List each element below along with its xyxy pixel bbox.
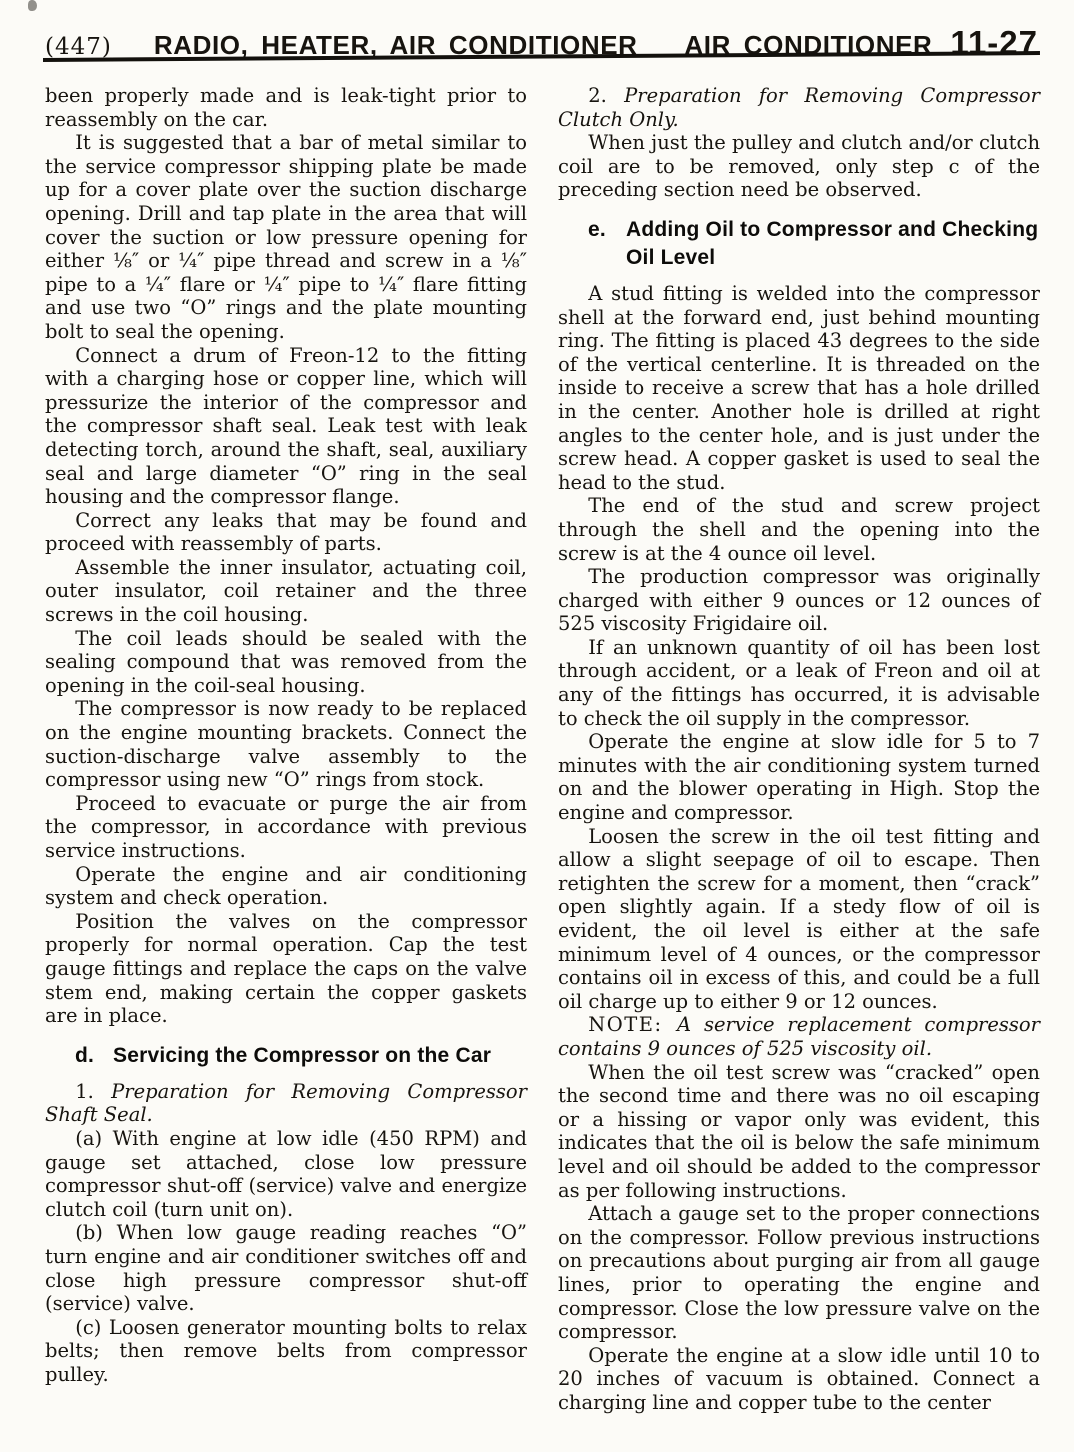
paragraph: The compressor is now ready to be replac…	[45, 697, 527, 791]
paragraph: It is suggested that a bar of metal simi…	[45, 131, 527, 343]
paragraph: The end of the stud and screw project th…	[558, 494, 1040, 565]
paragraph: Operate the engine and air conditioning …	[45, 863, 527, 910]
paragraph: Assemble the inner insulator, actuating …	[45, 556, 527, 627]
paragraph: Operate the engine at slow idle for 5 to…	[558, 730, 1040, 824]
paragraph: Loosen the screw in the oil test fitting…	[558, 825, 1040, 1014]
heading-label: d.	[75, 1042, 113, 1070]
paragraph: The production compressor was originally…	[558, 565, 1040, 636]
paragraph: When just the pulley and clutch and/or c…	[558, 131, 1040, 202]
paragraph: When the oil test screw was “cracked” op…	[558, 1061, 1040, 1203]
paragraph: (b) When low gauge reading reaches “O” t…	[45, 1221, 527, 1315]
heading-label: e.	[588, 216, 626, 272]
paragraph: The coil leads should be sealed with the…	[45, 627, 527, 698]
paragraph: been properly made and is leak-tight pri…	[45, 84, 527, 131]
manual-page: (447) RADIO, HEATER, AIR CONDITIONER AIR…	[0, 0, 1074, 1452]
scan-artifact	[28, 0, 37, 11]
numbered-italic-heading: 2. Preparation for Removing Compressor C…	[558, 84, 1040, 131]
paragraph: (c) Loosen generator mounting bolts to r…	[45, 1316, 527, 1387]
item-number: 1.	[75, 1080, 111, 1103]
paragraph: Position the valves on the compressor pr…	[45, 910, 527, 1028]
note-label: NOTE:	[588, 1013, 677, 1036]
section-heading: e.Adding Oil to Compressor and Checking …	[588, 216, 1040, 272]
paragraph: Proceed to evacuate or purge the air fro…	[45, 792, 527, 863]
note-paragraph: NOTE: A service replacement compressor c…	[558, 1013, 1040, 1060]
heading-text: Adding Oil to Compressor and Checking Oi…	[626, 216, 1040, 272]
left-column: been properly made and is leak-tight pri…	[45, 84, 527, 1414]
right-column: 2. Preparation for Removing Compressor C…	[558, 84, 1040, 1414]
paragraph: If an unknown quantity of oil has been l…	[558, 636, 1040, 730]
paragraph: A stud fitting is welded into the compre…	[558, 282, 1040, 494]
section-heading: d.Servicing the Compressor on the Car	[75, 1042, 527, 1070]
italic-title: Preparation for Removing Compressor Clut…	[558, 84, 1040, 131]
paragraph: Connect a drum of Freon-12 to the fittin…	[45, 344, 527, 509]
item-number: 2.	[588, 84, 624, 107]
page-number-left: (447)	[45, 34, 112, 60]
paragraph: Correct any leaks that may be found and …	[45, 509, 527, 556]
page-body: been properly made and is leak-tight pri…	[45, 84, 1040, 1414]
paragraph: Operate the engine at a slow idle until …	[558, 1344, 1040, 1415]
heading-text: Servicing the Compressor on the Car	[113, 1042, 527, 1070]
paragraph: (a) With engine at low idle (450 RPM) an…	[45, 1127, 527, 1221]
italic-title: Preparation for Removing Compressor Shaf…	[45, 1080, 527, 1127]
numbered-italic-heading: 1. Preparation for Removing Compressor S…	[45, 1080, 527, 1127]
paragraph: Attach a gauge set to the proper connect…	[558, 1202, 1040, 1344]
page-number-right: 11-27	[950, 24, 1038, 62]
